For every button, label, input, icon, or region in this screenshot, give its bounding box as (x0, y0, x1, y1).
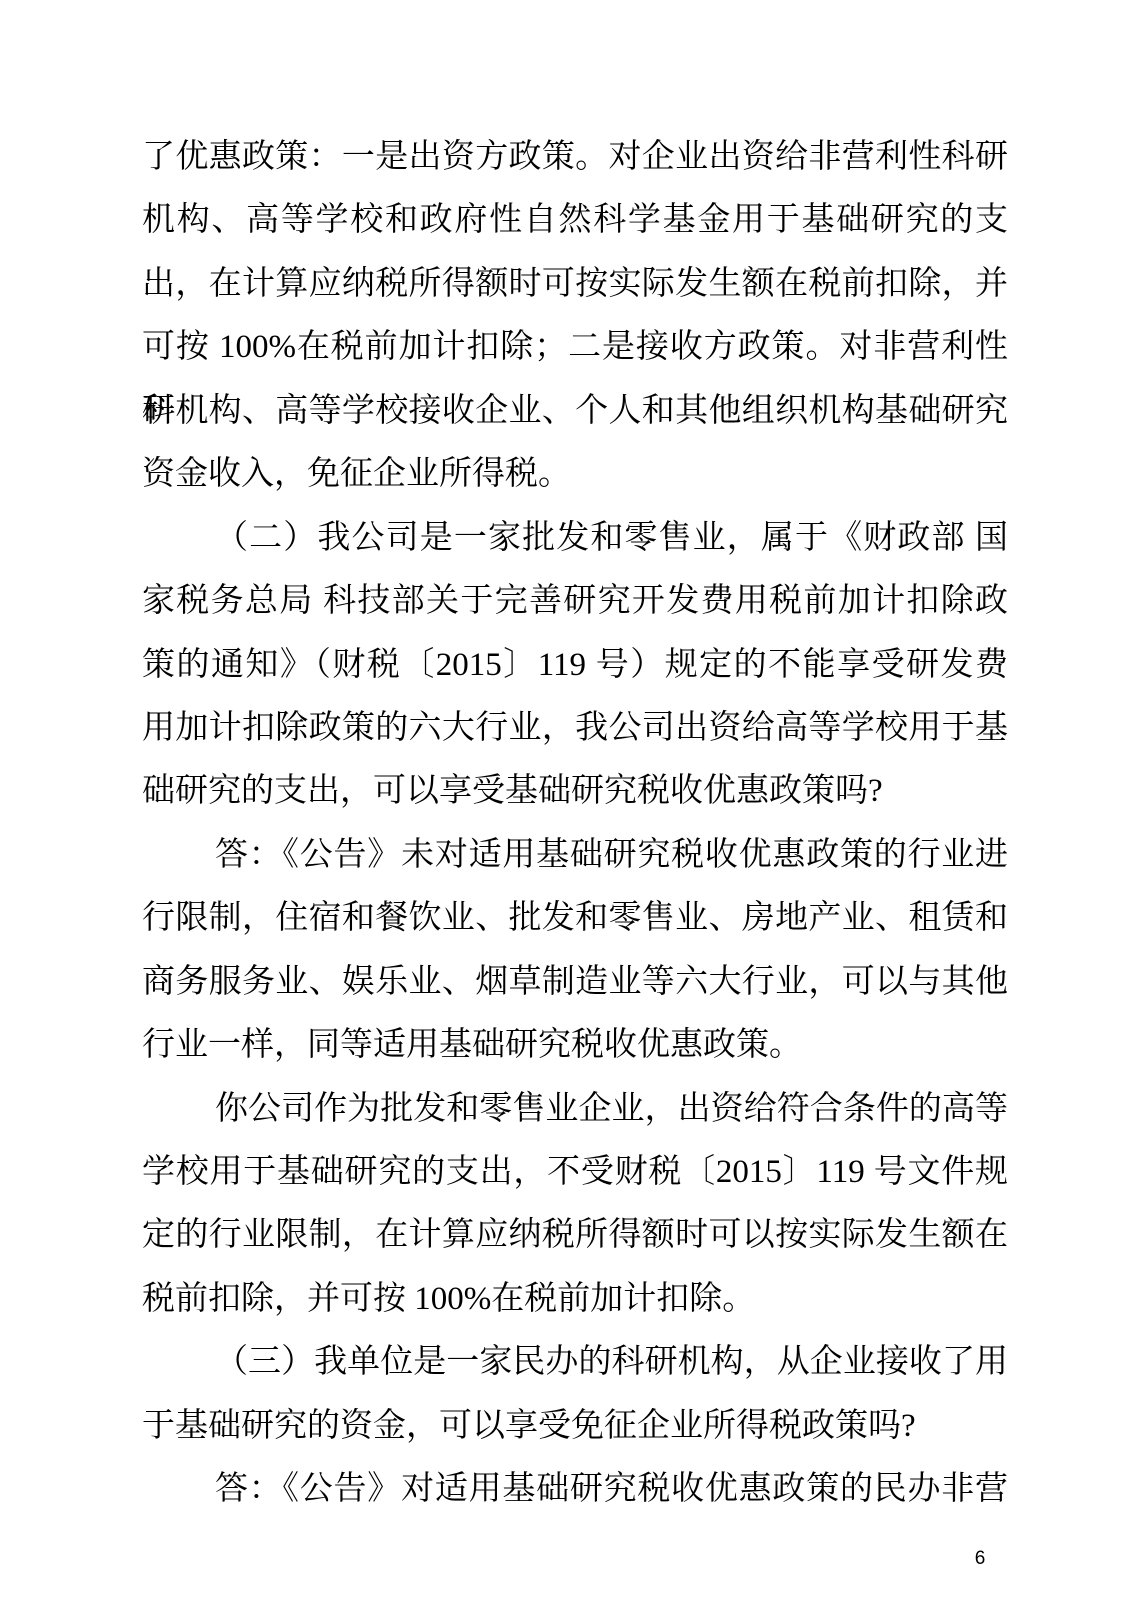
document-text-block: 了优惠政策：一是出资方政策。对企业出资给非营利性科研 机构、高等学校和政府性自然… (142, 126, 1008, 1522)
text-line: 答：《公告》未对适用基础研究税收优惠政策的行业进 (142, 824, 1008, 887)
page-number: 6 (968, 1545, 992, 1573)
text-line: 行限制，住宿和餐饮业、批发和零售业、房地产业、租赁和 (142, 887, 1008, 950)
text-line: 可按 100%在税前加计扣除；二是接收方政策。对非营利性科 (142, 316, 1008, 379)
text-line: （二）我公司是一家批发和零售业，属于《财政部 国 (142, 507, 1008, 570)
text-line: 行业一样，同等适用基础研究税收优惠政策。 (142, 1014, 1008, 1077)
text-line: 答：《公告》对适用基础研究税收优惠政策的民办非营 (142, 1458, 1008, 1521)
text-line: 商务服务业、娱乐业、烟草制造业等六大行业，可以与其他 (142, 951, 1008, 1014)
text-line: 税前扣除，并可按 100%在税前加计扣除。 (142, 1268, 1008, 1331)
text-line: 础研究的支出，可以享受基础研究税收优惠政策吗? (142, 760, 1008, 823)
text-line: 学校用于基础研究的支出，不受财税〔2015〕119 号文件规 (142, 1141, 1008, 1204)
text-line: 于基础研究的资金，可以享受免征企业所得税政策吗? (142, 1395, 1008, 1458)
text-line: 资金收入，免征企业所得税。 (142, 443, 1008, 506)
text-line: 你公司作为批发和零售业企业，出资给符合条件的高等 (142, 1078, 1008, 1141)
text-line: 出，在计算应纳税所得额时可按实际发生额在税前扣除，并 (142, 253, 1008, 316)
text-line: 用加计扣除政策的六大行业，我公司出资给高等学校用于基 (142, 697, 1008, 760)
text-line: 研机构、高等学校接收企业、个人和其他组织机构基础研究 (142, 380, 1008, 443)
text-line: 机构、高等学校和政府性自然科学基金用于基础研究的支 (142, 189, 1008, 252)
text-line: 家税务总局 科技部关于完善研究开发费用税前加计扣除政 (142, 570, 1008, 633)
text-line: 了优惠政策：一是出资方政策。对企业出资给非营利性科研 (142, 126, 1008, 189)
text-line: 策的通知》（财税〔2015〕119 号）规定的不能享受研发费 (142, 634, 1008, 697)
text-line: （三）我单位是一家民办的科研机构，从企业接收了用 (142, 1331, 1008, 1394)
document-page: 了优惠政策：一是出资方政策。对企业出资给非营利性科研 机构、高等学校和政府性自然… (0, 0, 1140, 1608)
text-line: 定的行业限制，在计算应纳税所得额时可以按实际发生额在 (142, 1204, 1008, 1267)
